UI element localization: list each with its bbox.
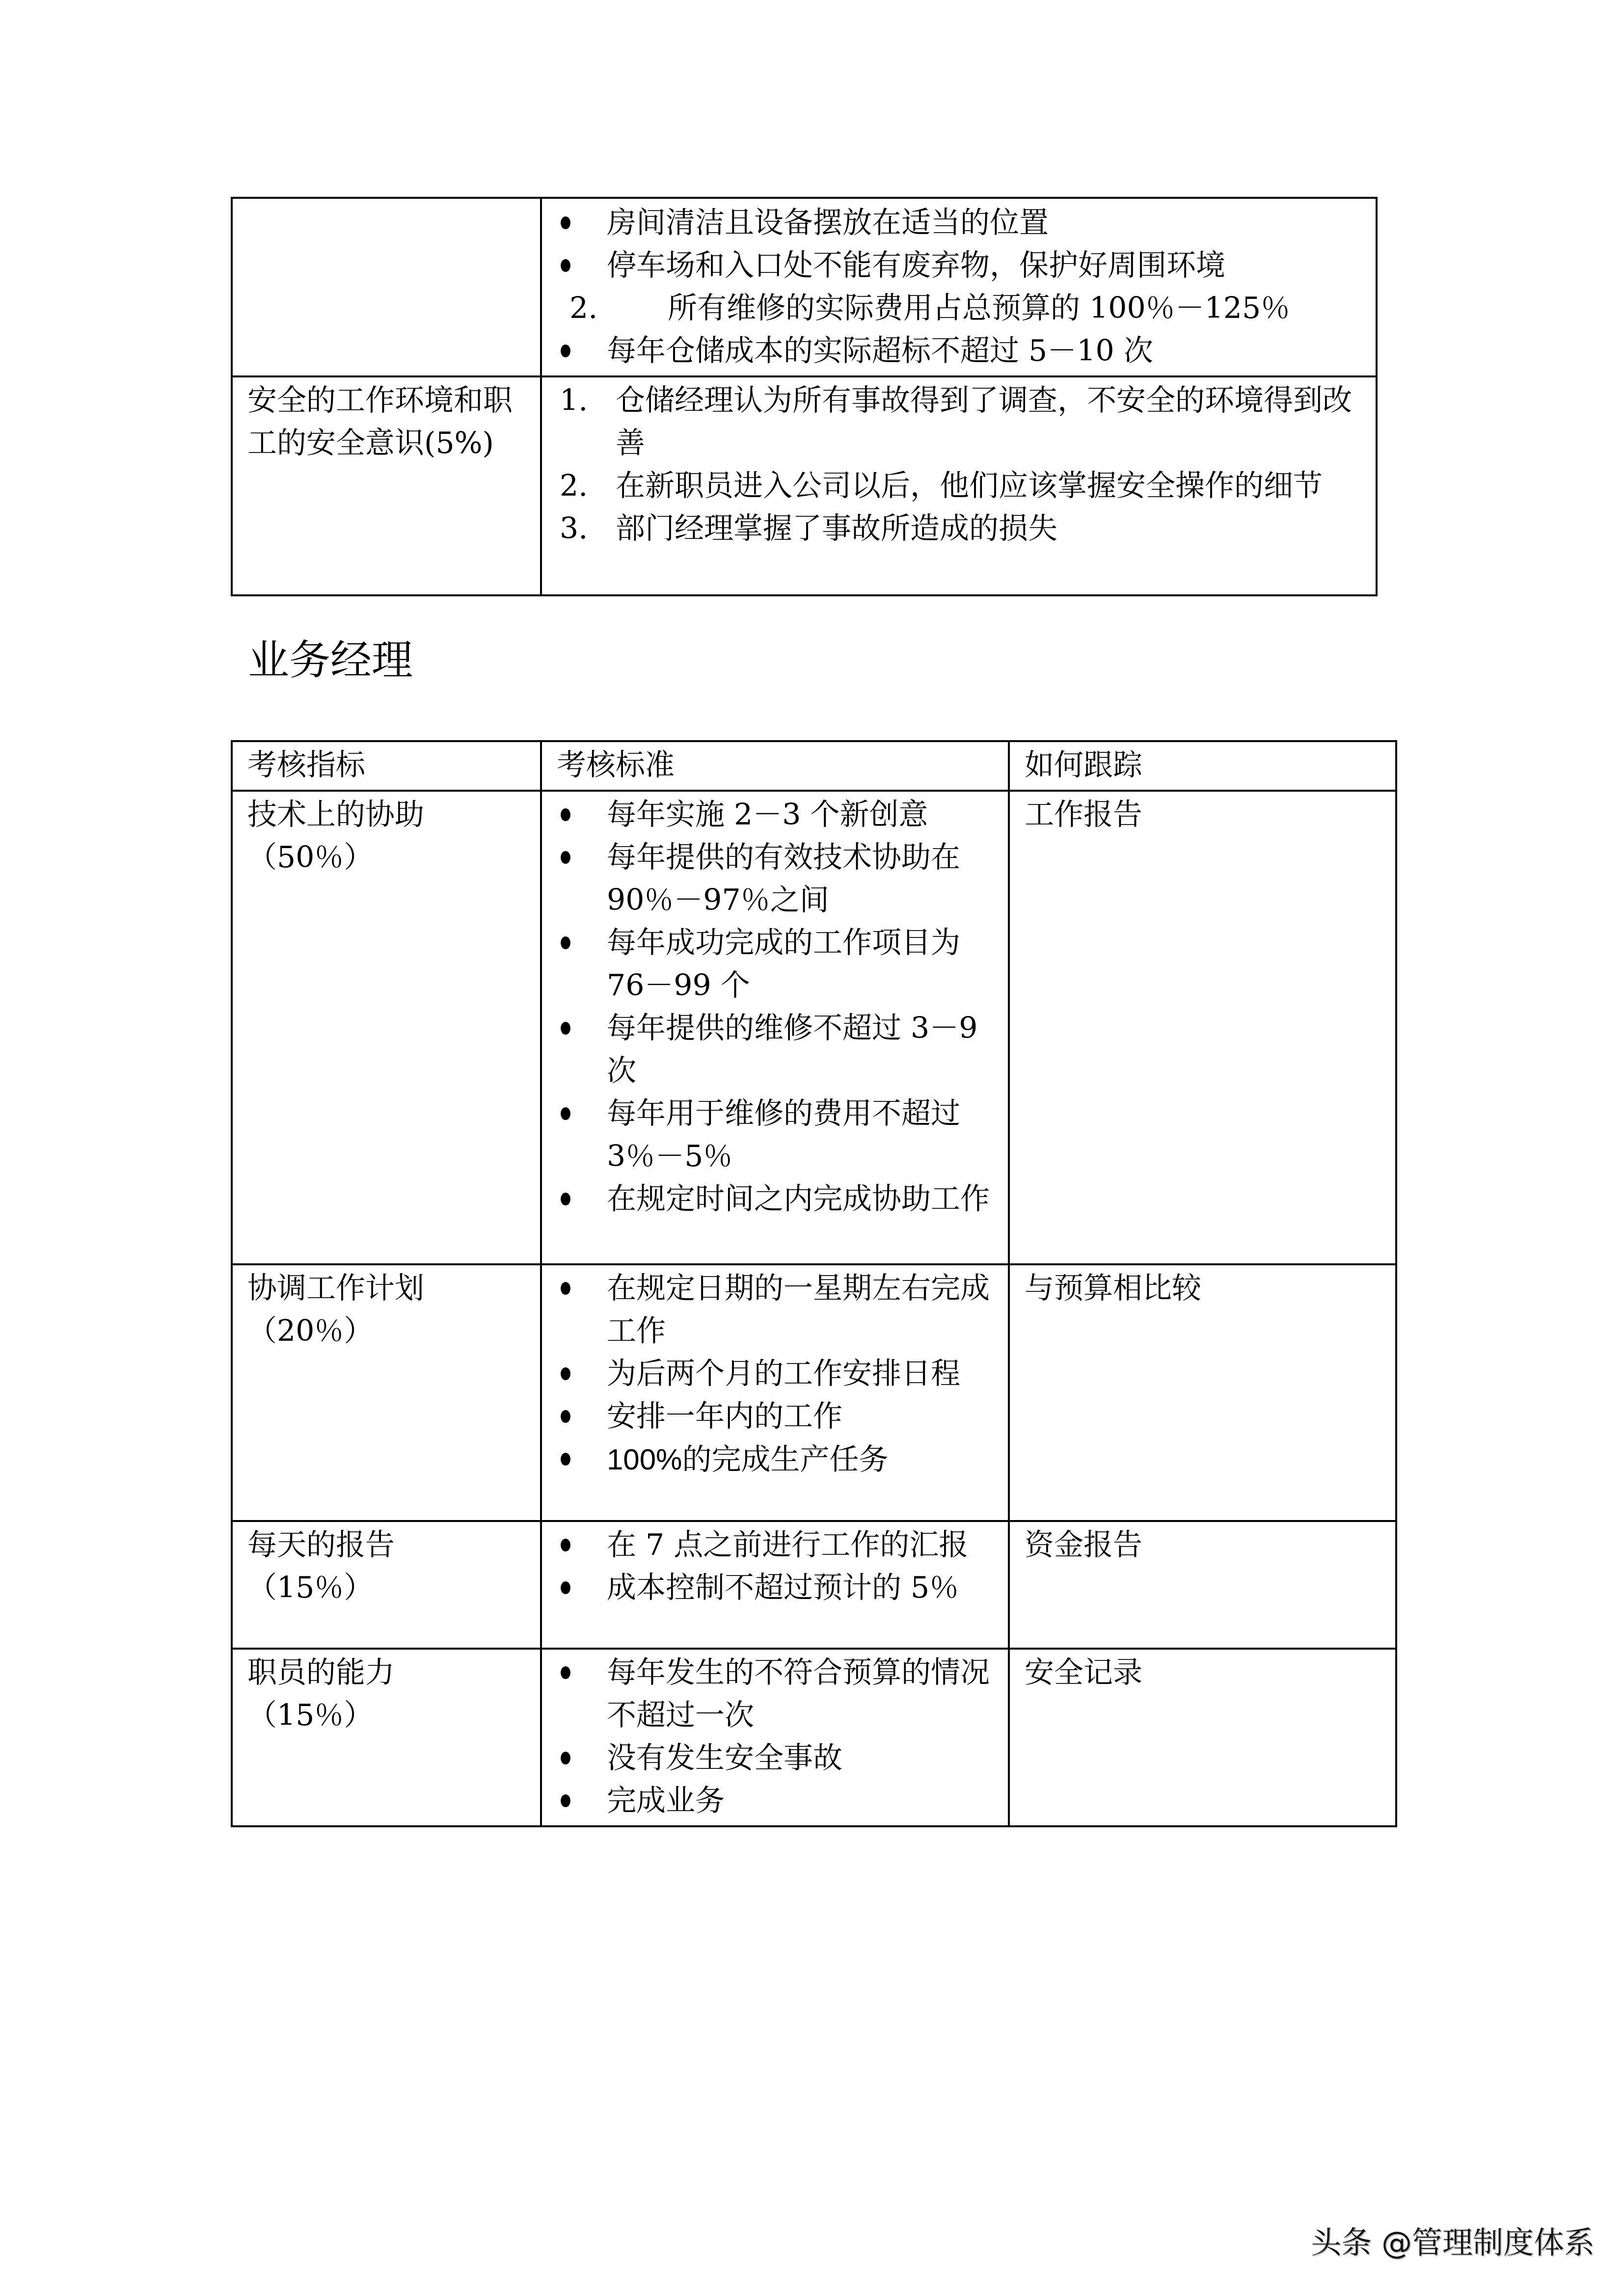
numbered-item: 1.仓储经理认为所有事故得到了调查，不安全的环境得到改善 [542,379,1376,465]
document-page: 房间清洁且设备摆放在适当的位置 停车场和入口处不能有废弃物，保护好周围环境 2.… [0,0,1624,2296]
indicator-text: 安全的工作环境和职工的安全意识(5%) [247,383,513,460]
column-header-indicator: 考核指标 [232,741,541,791]
indicator-cell: 协调工作计划 （20％） [232,1264,541,1521]
indicator-cell: 每天的报告 （15％） [232,1521,541,1649]
list-item: 每年发生的不符合预算的情况不超过一次 [542,1652,1008,1737]
column-header-criteria: 考核标准 [541,741,1009,791]
item-text: 部门经理掌握了事故所造成的损失 [616,511,1057,546]
table-row: 每天的报告 （15％） 在 7 点之前进行工作的汇报 成本控制不超过预计的 5％… [232,1521,1396,1649]
indicator-cell [232,198,541,376]
list-item: 在规定日期的一星期左右完成工作 [542,1267,1008,1353]
indicator-cell: 技术上的协助 （50％） [232,791,541,1264]
indicator-name: 技术上的协助 [247,794,540,836]
tracking-cell: 资金报告 [1009,1521,1396,1649]
indicator-name: 职员的能力 [247,1652,540,1694]
indicator-name: 每天的报告 [247,1524,540,1567]
numbered-item: 2.所有维修的实际费用占总预算的 100％－125％ [542,287,1376,330]
list-item: 为后两个月的工作安排日程 [542,1353,1008,1395]
table-row: 职员的能力 （15％） 每年发生的不符合预算的情况不超过一次 没有发生安全事故 … [232,1649,1396,1826]
business-manager-kpi-table: 考核指标 考核标准 如何跟踪 技术上的协助 （50％） 每年实施 2－3 个新创… [231,740,1397,1827]
list-item: 在 7 点之前进行工作的汇报 [542,1524,1008,1567]
criteria-cell: 1.仓储经理认为所有事故得到了调查，不安全的环境得到改善 2.在新职员进入公司以… [541,376,1377,595]
section-heading: 业务经理 [248,636,413,685]
criteria-cell: 每年实施 2－3 个新创意 每年提供的有效技术协助在 90％－97％之间 每年成… [541,791,1009,1264]
indicator-weight: （15％） [247,1567,540,1609]
tracking-cell: 安全记录 [1009,1649,1396,1826]
list-item: 每年用于维修的费用不超过 3％－5％ [542,1093,1008,1178]
list-item: 完成业务 [542,1780,1008,1822]
indicator-cell: 职员的能力 （15％） [232,1649,541,1826]
criteria-cell: 房间清洁且设备摆放在适当的位置 停车场和入口处不能有废弃物，保护好周围环境 2.… [541,198,1377,376]
table-row: 技术上的协助 （50％） 每年实施 2－3 个新创意 每年提供的有效技术协助在 … [232,791,1396,1264]
watermark: 头条 @管理制度体系 [1311,2218,1595,2262]
item-text: 仓储经理认为所有事故得到了调查，不安全的环境得到改善 [616,383,1352,460]
table-row: 安全的工作环境和职工的安全意识(5%) 1.仓储经理认为所有事故得到了调查，不安… [232,376,1377,595]
criteria-cell: 在规定日期的一星期左右完成工作 为后两个月的工作安排日程 安排一年内的工作 10… [541,1264,1009,1521]
table-header-row: 考核指标 考核标准 如何跟踪 [232,741,1396,791]
tracking-cell: 工作报告 [1009,791,1396,1264]
indicator-weight: （15％） [247,1694,540,1737]
list-item: 房间清洁且设备摆放在适当的位置 [542,202,1376,244]
list-item: 100%的完成生产任务 [542,1438,1008,1481]
table-row: 房间清洁且设备摆放在适当的位置 停车场和入口处不能有废弃物，保护好周围环境 2.… [232,198,1377,376]
list-item: 每年提供的维修不超过 3－9 次 [542,1007,1008,1093]
indicator-name: 协调工作计划 [247,1267,540,1310]
column-header-tracking: 如何跟踪 [1009,741,1396,791]
list-item: 每年仓储成本的实际超标不超过 5－10 次 [542,330,1376,373]
list-item: 停车场和入口处不能有废弃物，保护好周围环境 [542,244,1376,287]
list-item: 每年提供的有效技术协助在 90％－97％之间 [542,836,1008,922]
list-item: 每年成功完成的工作项目为 76－99 个 [542,922,1008,1007]
item-number: 2. [560,465,588,507]
list-item: 在规定时间之内完成协助工作 [542,1178,1008,1221]
criteria-cell: 每年发生的不符合预算的情况不超过一次 没有发生安全事故 完成业务 [541,1649,1009,1826]
criteria-cell: 在 7 点之前进行工作的汇报 成本控制不超过预计的 5％ [541,1521,1009,1649]
list-item: 安排一年内的工作 [542,1395,1008,1438]
item-text: 所有维修的实际费用占总预算的 100％－125％ [668,291,1290,325]
item-text: 在新职员进入公司以后，他们应该掌握安全操作的细节 [616,469,1323,503]
item-number: 3. [560,507,588,550]
indicator-weight: （50％） [247,836,540,879]
tracking-cell: 与预算相比较 [1009,1264,1396,1521]
list-item: 没有发生安全事故 [542,1737,1008,1780]
numbered-item: 3.部门经理掌握了事故所造成的损失 [542,507,1376,550]
table-row: 协调工作计划 （20％） 在规定日期的一星期左右完成工作 为后两个月的工作安排日… [232,1264,1396,1521]
item-number: 1. [560,379,588,422]
indicator-cell: 安全的工作环境和职工的安全意识(5%) [232,376,541,595]
indicator-weight: （20％） [247,1310,540,1353]
item-number: 2. [569,287,668,330]
list-item: 每年实施 2－3 个新创意 [542,794,1008,836]
numbered-item: 2.在新职员进入公司以后，他们应该掌握安全操作的细节 [542,465,1376,507]
list-item: 成本控制不超过预计的 5％ [542,1567,1008,1609]
warehouse-kpi-table: 房间清洁且设备摆放在适当的位置 停车场和入口处不能有废弃物，保护好周围环境 2.… [231,197,1378,596]
